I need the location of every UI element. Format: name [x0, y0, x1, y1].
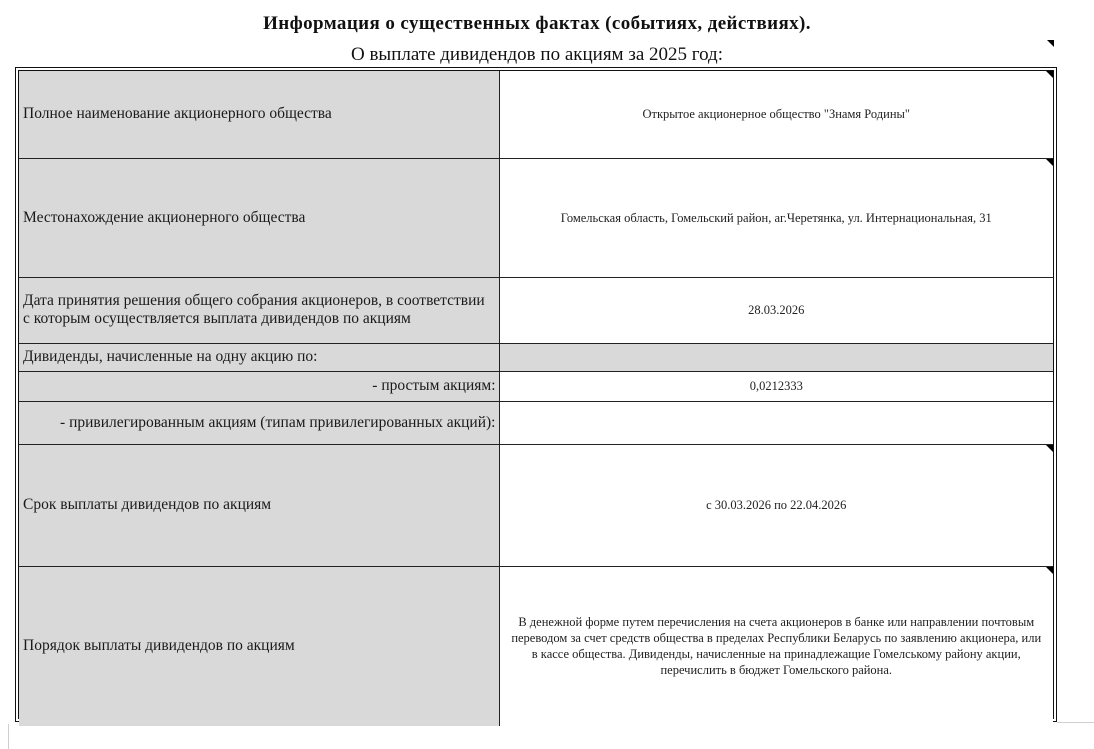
table-row-company-name: Полное наименование акционерного обществ… [19, 71, 1053, 158]
table-row-location: Местонахождение акционерного общества Го… [19, 158, 1053, 277]
label-location[interactable]: Местонахождение акционерного общества [19, 158, 499, 277]
value-preferred-shares[interactable] [499, 401, 1053, 444]
value-location-text: Гомельская область, Гомельский район, аг… [561, 211, 992, 225]
table-row-decision-date: Дата принятия решения общего собрания ак… [19, 277, 1053, 343]
label-payment-procedure[interactable]: Порядок выплаты дивидендов по акциям [19, 566, 499, 726]
table-row-dividends-per-share: Дивиденды, начисленные на одну акцию по: [19, 343, 1053, 371]
document-title: Информация о существенных фактах (событи… [0, 13, 1074, 35]
page-break-line [1057, 722, 1094, 723]
value-payment-procedure-text: В денежной форме путем перечисления на с… [511, 615, 1041, 677]
label-company-name[interactable]: Полное наименование акционерного обществ… [19, 71, 499, 158]
value-company-name[interactable]: Открытое акционерное общество "Знамя Род… [499, 71, 1053, 158]
label-dividends-per-share[interactable]: Дивиденды, начисленные на одну акцию по: [19, 343, 499, 371]
table-row-payment-procedure: Порядок выплаты дивидендов по акциям В д… [19, 566, 1053, 726]
value-location[interactable]: Гомельская область, Гомельский район, аг… [499, 158, 1053, 277]
comment-indicator-icon[interactable] [1046, 445, 1053, 452]
value-common-shares-text: 0,0212333 [750, 379, 803, 393]
comment-indicator-icon[interactable] [1046, 567, 1053, 574]
value-decision-date-text: 28.03.2026 [748, 303, 804, 317]
document-subtitle: О выплате дивидендов по акциям за 2025 г… [0, 44, 1074, 66]
dividend-info-table: Полное наименование акционерного обществ… [19, 71, 1053, 726]
value-payment-period-text: с 30.03.2026 по 22.04.2026 [706, 498, 846, 512]
table-row-common-shares: - простым акциям: 0,0212333 [19, 371, 1053, 401]
value-common-shares[interactable]: 0,0212333 [499, 371, 1053, 401]
label-preferred-shares[interactable]: - привилегированным акциям (типам привил… [19, 401, 499, 444]
table-row-payment-period: Срок выплаты дивидендов по акциям с 30.0… [19, 444, 1053, 566]
label-common-shares[interactable]: - простым акциям: [19, 371, 499, 401]
value-company-name-text: Открытое акционерное общество "Знамя Род… [642, 107, 910, 121]
comment-indicator-icon[interactable] [1046, 71, 1053, 78]
label-decision-date[interactable]: Дата принятия решения общего собрания ак… [19, 277, 499, 343]
comment-indicator-icon[interactable] [1046, 159, 1053, 166]
dividend-info-sheet: Полное наименование акционерного обществ… [15, 67, 1057, 722]
label-payment-period[interactable]: Срок выплаты дивидендов по акциям [19, 444, 499, 566]
page-break-line [8, 724, 9, 749]
value-payment-period[interactable]: с 30.03.2026 по 22.04.2026 [499, 444, 1053, 566]
table-row-preferred-shares: - привилегированным акциям (типам привил… [19, 401, 1053, 444]
value-dividends-per-share[interactable] [499, 343, 1053, 371]
value-payment-procedure[interactable]: В денежной форме путем перечисления на с… [499, 566, 1053, 726]
value-decision-date[interactable]: 28.03.2026 [499, 277, 1053, 343]
comment-indicator-icon[interactable] [1047, 40, 1054, 47]
